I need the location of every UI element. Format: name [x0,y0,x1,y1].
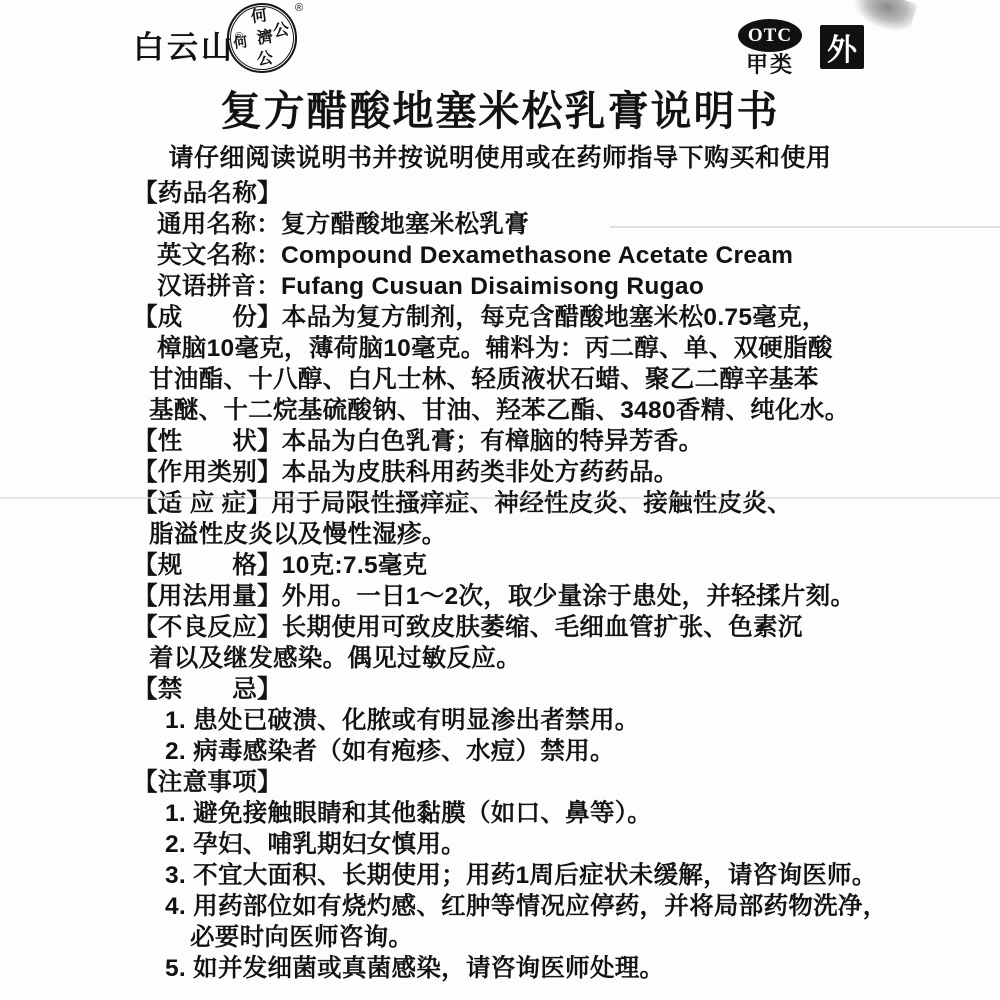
pinyin-name-line: 汉语拼音：Fufang Cusuan Disaimisong Rugao [133,271,878,302]
precaution-item: 4. 用药部位如有烧灼感、红肿等情况应停药，并将局部药物洗净， [133,891,878,922]
page-subtitle: 请仔细阅读说明书并按说明使用或在药师指导下购买和使用 [0,138,1000,174]
seal-registered-mark: ® [295,2,303,14]
scan-line-artifact [610,226,1000,228]
english-name-line: 英文名称：Compound Dexamethasone Acetate Crea… [133,240,878,271]
page-title: 复方醋酸地塞米松乳膏说明书 [0,78,1000,137]
seal-char-center: 濟 [256,30,274,48]
section-ingredients: 【成 份】本品为复方制剂，每克含醋酸地塞米松0.75毫克， [133,302,878,333]
precaution-item: 5. 如并发细菌或真菌感染，请咨询医师处理。 [133,953,878,984]
insert-body: 【药品名称】 通用名称：复方醋酸地塞米松乳膏 英文名称：Compound Dex… [133,178,878,984]
precaution-item: 3. 不宜大面积、长期使用；用药1周后症状未缓解，请咨询医师。 [133,860,878,891]
precaution-item: 2. 孕妇、哺乳期妇女慎用。 [133,829,878,860]
section-action-category: 【作用类别】本品为皮肤科用药类非处方药药品。 [133,457,878,488]
section-precautions: 【注意事项】 [133,767,878,798]
section-description: 【性 状】本品为白色乳膏；有樟脑的特异芳香。 [133,426,878,457]
contraindication-item: 2. 病毒感染者（如有疱疹、水痘）禁用。 [133,736,878,767]
adverse-reactions-line: 着以及继发感染。偶见过敏反应。 [133,643,878,674]
contraindication-item: 1. 患处已破溃、化脓或有明显渗出者禁用。 [133,705,878,736]
seal-char-top: 何 [250,8,268,26]
package-insert-page: 白云山® 何 何 濟 公 公 ® OTC 甲类 外 复方醋酸地塞米松乳膏说明书 … [0,0,1000,1000]
seal-char-left: 何 [232,34,248,50]
otc-class-label: 甲类 [736,48,804,79]
brand-logo-baiyunshan: 白云山® [133,22,243,67]
section-contraindications: 【禁 忌】 [133,674,878,705]
section-adverse-reactions: 【不良反应】长期使用可致皮肤萎缩、毛细血管扩张、色素沉 [133,612,878,643]
scan-line-artifact [0,497,1000,499]
indications-line: 脂溢性皮炎以及慢性湿疹。 [133,519,878,550]
section-drug-name: 【药品名称】 [133,178,878,209]
ingredients-line: 甘油酯、十八醇、白凡士林、轻质液状石蜡、聚乙二醇辛基苯 [133,364,878,395]
section-dosage: 【用法用量】外用。一日1～2次，取少量涂于患处，并轻揉片刻。 [133,581,878,612]
external-use-mark: 外 [820,25,864,69]
section-indications: 【适 应 症】用于局限性搔痒症、神经性皮炎、接触性皮炎、 [133,488,878,519]
seal-char-bottom: 公 [256,51,274,69]
precaution-item-continuation: 必要时向医师咨询。 [133,922,878,953]
ingredients-line: 樟脑10毫克，薄荷脑10毫克。辅料为：丙二醇、单、双硬脂酸 [133,333,878,364]
ingredients-line: 基醚、十二烷基硫酸钠、甘油、羟苯乙酯、3480香精、纯化水。 [133,395,878,426]
precaution-item: 1. 避免接触眼睛和其他黏膜（如口、鼻等）。 [133,798,878,829]
section-strength: 【规 格】10克:7.5毫克 [133,550,878,581]
brand-name: 白云山 [133,30,235,65]
seal-char-right: 公 [272,22,290,40]
generic-name-line: 通用名称：复方醋酸地塞米松乳膏 [133,209,878,240]
